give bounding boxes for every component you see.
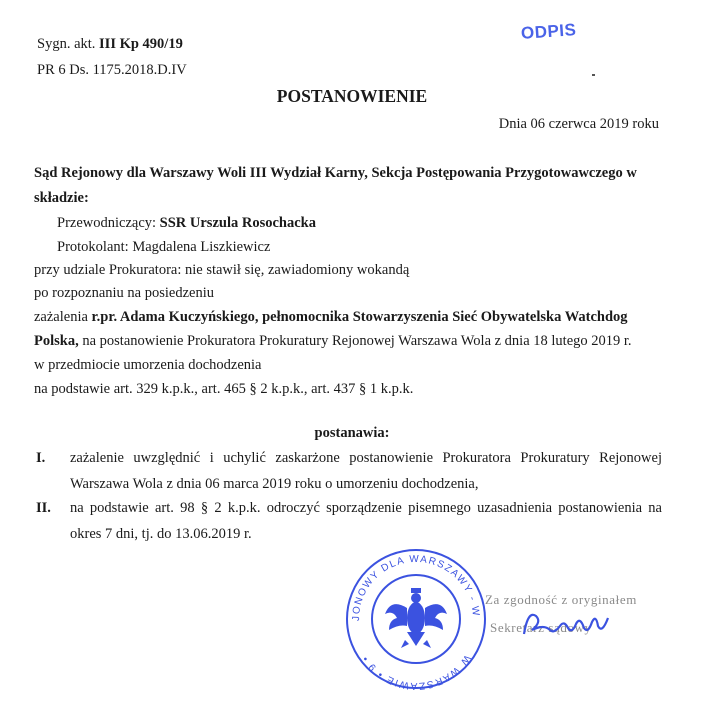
document-title: POSTANOWIENIE bbox=[0, 86, 704, 107]
judge-name: SSR Urszula Rosochacka bbox=[160, 215, 316, 231]
seal-text-bottom: W WARSZAWIE • 9 • bbox=[360, 653, 473, 690]
hearing-line: po rozpoznaniu na posiedzeniu bbox=[34, 285, 214, 302]
complaint-line2: Polska, na postanowienie Prokuratora Pro… bbox=[34, 333, 632, 350]
case-number: III Kp 490/19 bbox=[99, 36, 183, 52]
case-signature: Sygn. akt. III Kp 490/19 bbox=[37, 36, 183, 53]
signature bbox=[520, 604, 610, 644]
court-name-line2: składzie: bbox=[34, 190, 89, 207]
ruling-item-1-number: I. bbox=[36, 450, 45, 467]
prosecutor-attendance: przy udziale Prokuratora: nie stawił się… bbox=[34, 262, 409, 279]
court-clerk: Protokolant: Magdalena Liszkiewicz bbox=[57, 239, 270, 256]
court-seal: REJONOWY DLA WARSZAWY - WOLI W WARSZAWIE… bbox=[345, 548, 487, 690]
ruling-item-2-number: II. bbox=[36, 500, 51, 517]
ruling-item-2-text: na podstawie art. 98 § 2 k.p.k. odroczyć… bbox=[70, 495, 662, 547]
ruling-heading: postanawia: bbox=[0, 425, 704, 442]
court-name-line1: Sąd Rejonowy dla Warszawy Woli III Wydzi… bbox=[34, 165, 637, 182]
document-date: Dnia 06 czerwca 2019 roku bbox=[499, 116, 659, 133]
legal-basis-line: na podstawie art. 329 k.p.k., art. 465 §… bbox=[34, 381, 413, 398]
complaint-line1: zażalenia r.pr. Adama Kuczyńskiego, pełn… bbox=[34, 309, 628, 326]
copy-stamp: ODPIS bbox=[520, 20, 577, 44]
prosecutor-reference: PR 6 Ds. 1175.2018.D.IV bbox=[37, 62, 187, 79]
complainant: r.pr. Adama Kuczyńskiego, pełnomocnika S… bbox=[92, 309, 628, 325]
subject-line: w przedmiocie umorzenia dochodzenia bbox=[34, 357, 261, 374]
presiding-judge: Przewodniczący: SSR Urszula Rosochacka bbox=[57, 215, 316, 232]
case-label: Sygn. akt. bbox=[37, 36, 99, 52]
scan-speck bbox=[592, 74, 595, 76]
ruling-item-1-text: zażalenie uwzględnić i uchylić zaskarżon… bbox=[70, 445, 662, 497]
eagle-emblem-icon bbox=[385, 588, 447, 648]
